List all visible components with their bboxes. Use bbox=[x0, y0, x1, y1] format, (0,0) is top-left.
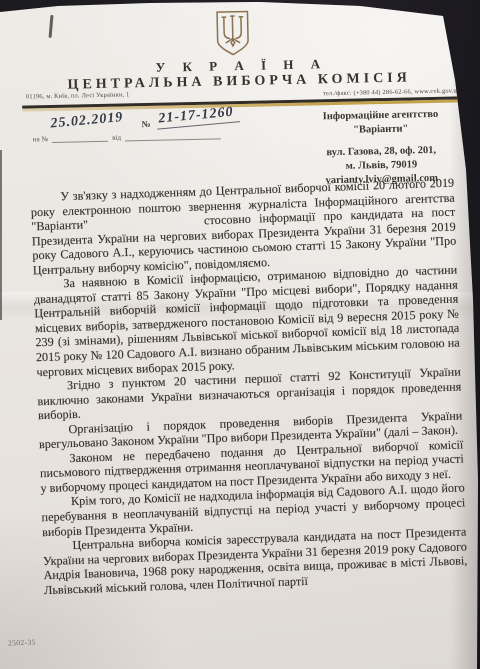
reply-reference-line: на №від bbox=[33, 131, 225, 143]
blank-line bbox=[125, 132, 221, 141]
on-no-label: на № bbox=[33, 135, 48, 143]
letterhead-contacts: тел./факс: (+380 44) 286-62-66, www.cvk.… bbox=[323, 87, 460, 97]
paragraph-2: За наявною в Комісії інформацією, отрима… bbox=[33, 263, 460, 380]
paragraph-1: У зв'язку з надходженням до Центральної … bbox=[30, 176, 457, 278]
document-code: 2502-35 bbox=[8, 638, 36, 648]
vid-label: від bbox=[112, 134, 121, 142]
handwritten-date: 25.02.2019 bbox=[50, 110, 124, 133]
letter-body: У зв'язку з надходженням до Центральної … bbox=[30, 176, 468, 598]
tryzub-icon bbox=[213, 10, 252, 57]
pen-stroke-mark bbox=[49, 15, 54, 38]
document-photo: У К Р А Ї Н А ЦЕНТРАЛЬНА ВИБОРЧА КОМІСІЯ… bbox=[0, 0, 480, 669]
letterhead-address: 01196, м. Київ, пл. Лесі Українки, 1 bbox=[26, 91, 130, 100]
paper-sheet: У К Р А Ї Н А ЦЕНТРАЛЬНА ВИБОРЧА КОМІСІЯ… bbox=[0, 0, 480, 669]
number-sign-label: № bbox=[141, 119, 150, 129]
redacted-name-gap bbox=[88, 218, 204, 228]
blank-line bbox=[52, 135, 108, 143]
background-sliver-left bbox=[0, 150, 2, 320]
